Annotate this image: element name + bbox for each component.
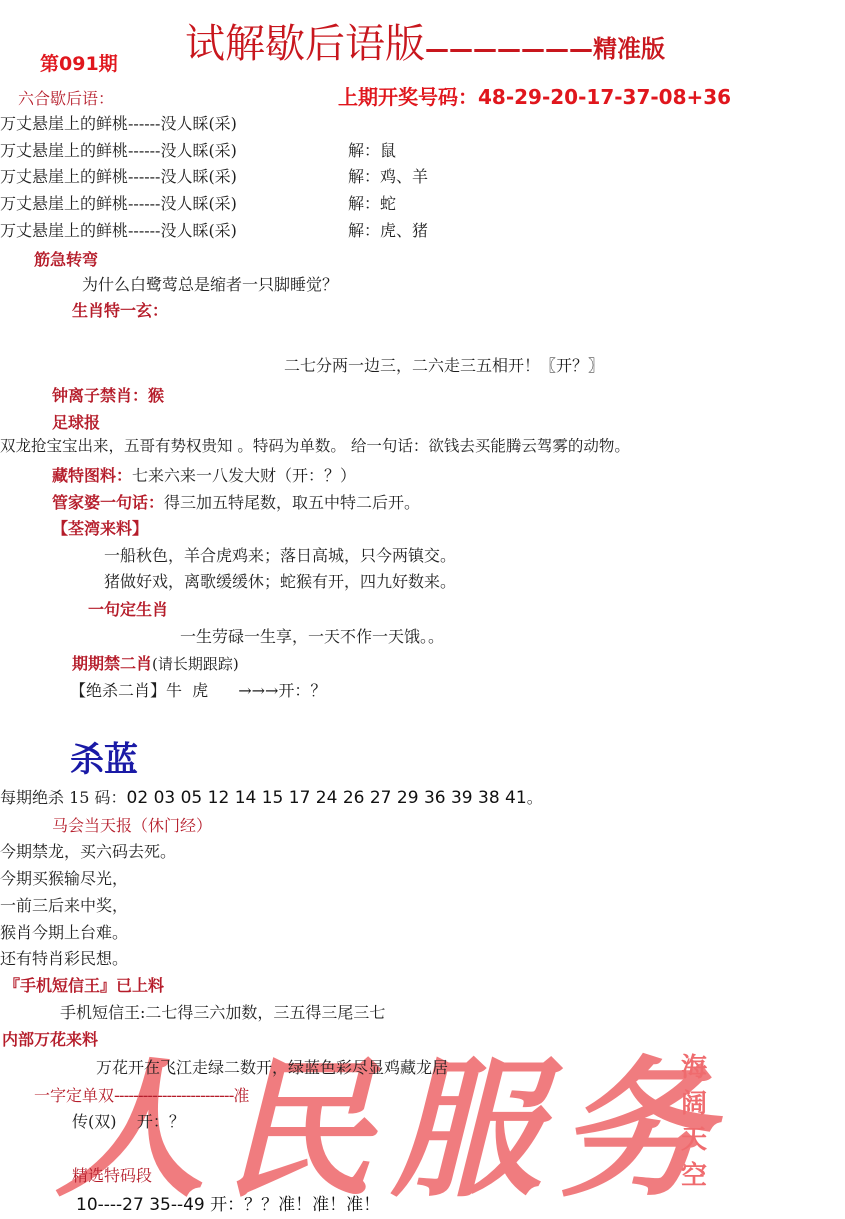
- juesha-arrows: →→→开：？: [238, 681, 326, 700]
- issue-number: 第091期: [40, 49, 118, 76]
- page-title: 试解歇后语版———————精准版: [185, 12, 665, 69]
- shalan-suffix: 。: [527, 788, 543, 807]
- riddle-question: 为什么白鹭莺总是缩者一只脚睡觉？: [82, 272, 338, 295]
- riddle-label: 筋急转弯: [34, 247, 98, 270]
- jingxuan-label: 精选特码段: [72, 1163, 152, 1186]
- xiehouyu-row: 万丈悬崖上的鲜桃------没人睬(采): [0, 218, 237, 241]
- title-dashes: ———————: [425, 35, 593, 63]
- jingxuan-line: 10----27 35--49 开：？？准！准！准！: [76, 1190, 380, 1215]
- danshuang-line: 传(双) 开：？: [72, 1109, 185, 1132]
- wanhua-label: 内部万花来料: [2, 1027, 98, 1050]
- watermark-side-text: 海 阔 天 空: [678, 1050, 710, 1194]
- zhongli-label: 钟离子禁肖：猴: [52, 383, 164, 406]
- danshuang-suffix: 准: [233, 1086, 249, 1105]
- qiqi-label: 期期禁二肖: [72, 654, 152, 673]
- danshuang-label: 一字定单双: [34, 1086, 114, 1105]
- xiehouyu-row: 万丈悬崖上的鲜桃------没人睬(采): [0, 164, 237, 187]
- watermark-char: 阔: [678, 1086, 710, 1122]
- yiju-label: 一句定生肖: [88, 597, 168, 620]
- sms-line: 手机短信王:二七得三六加数，三五得三尾三七: [60, 1000, 385, 1023]
- mahui-line: 猴肖今期上台难。: [0, 920, 128, 943]
- wanhua-line: 万花开在飞江走绿二数开，绿蓝色彩尽显鸡藏龙居: [96, 1055, 448, 1078]
- shalan-numbers: 02 03 05 12 14 15 17 24 26 27 29 36 39 3…: [127, 788, 527, 808]
- watermark-char: 海: [678, 1050, 710, 1086]
- xiehouyu-row: 万丈悬崖上的鲜桃------没人睬(采): [0, 191, 237, 214]
- mahui-label: 马会当天报（休门经）: [52, 813, 212, 836]
- cangte-text: 七来六来一八发大财（开：？）: [132, 466, 356, 485]
- mahui-line: 还有特肖彩民想。: [0, 946, 128, 969]
- quanwan-line: 一船秋色，羊合虎鸡来；落日高城，只今两镇交。: [104, 543, 456, 566]
- qiqi-note: (请长期跟踪): [152, 655, 239, 673]
- title-main: 试解歇后语版: [185, 21, 425, 67]
- cangte-label: 藏特图料：: [52, 466, 132, 485]
- shalan-prefix: 每期绝杀 15 码：: [0, 788, 127, 807]
- danshuang-row: 一字定单双-------------------------准: [34, 1083, 249, 1106]
- cangte-row: 藏特图料：七来六来一八发大财（开：？）: [52, 463, 356, 486]
- sms-label: 『手机短信王』已上料: [4, 973, 164, 996]
- guanjia-row: 管家婆一句话：得三加五特尾数，取五中特二后开。: [52, 490, 420, 513]
- shengxiao-line: 二七分两一边三，二六走三五相开！〖开？〗: [284, 353, 604, 376]
- football-line: 双龙抢宝宝出来，五哥有势权贵知 。特码为单数。 给一句话：欲钱去买能腾云驾雾的动…: [0, 434, 630, 456]
- yiju-line: 一生劳碌一生享，一天不作一天饿。。: [180, 624, 444, 647]
- mahui-line: 今期买猴输尽光，: [0, 866, 128, 889]
- mahui-line: 一前三后来中奖，: [0, 893, 128, 916]
- last-draw-numbers: 上期开奖号码：48-29-20-17-37-08+36: [338, 81, 731, 110]
- watermark-char: 空: [678, 1158, 710, 1194]
- shalan-row: 每期绝杀 15 码：02 03 05 12 14 15 17 24 26 27 …: [0, 785, 543, 808]
- xiehouyu-answer: 解：鼠: [348, 138, 396, 161]
- juesha-label: 【绝杀二肖】牛 虎: [70, 681, 208, 700]
- title-suffix: 精准版: [593, 35, 665, 63]
- quanwan-line: 猪做好戏，离歌缓缓休；蛇猴有开，四九好数来。: [104, 569, 456, 592]
- shengxiao-label: 生肖特一玄：: [72, 298, 168, 321]
- quanwan-label: 【荃湾来料】: [52, 516, 148, 539]
- danshuang-dashes: -------------------------: [114, 1086, 233, 1105]
- xiehouyu-label: 六合歇后语：: [18, 86, 114, 109]
- shalan-title: 杀蓝: [70, 732, 138, 781]
- xiehouyu-answer: 解：虎、猪: [348, 218, 428, 241]
- juesha-row: 【绝杀二肖】牛 虎→→→开：？: [70, 678, 326, 701]
- qiqi-row: 期期禁二肖(请长期跟踪): [72, 651, 239, 674]
- watermark-char: 天: [678, 1122, 710, 1158]
- xiehouyu-answer: 解：鸡、羊: [348, 164, 428, 187]
- mahui-line: 今期禁龙，买六码去死。: [0, 839, 176, 862]
- guanjia-label: 管家婆一句话：: [52, 493, 164, 512]
- guanjia-text: 得三加五特尾数，取五中特二后开。: [164, 493, 420, 512]
- xiehouyu-answer: 解：蛇: [348, 191, 396, 214]
- football-label: 足球报: [52, 410, 100, 433]
- xiehouyu-row: 万丈悬崖上的鲜桃------没人睬(采): [0, 138, 237, 161]
- xiehouyu-row: 万丈悬崖上的鲜桃------没人睬(采): [0, 111, 237, 134]
